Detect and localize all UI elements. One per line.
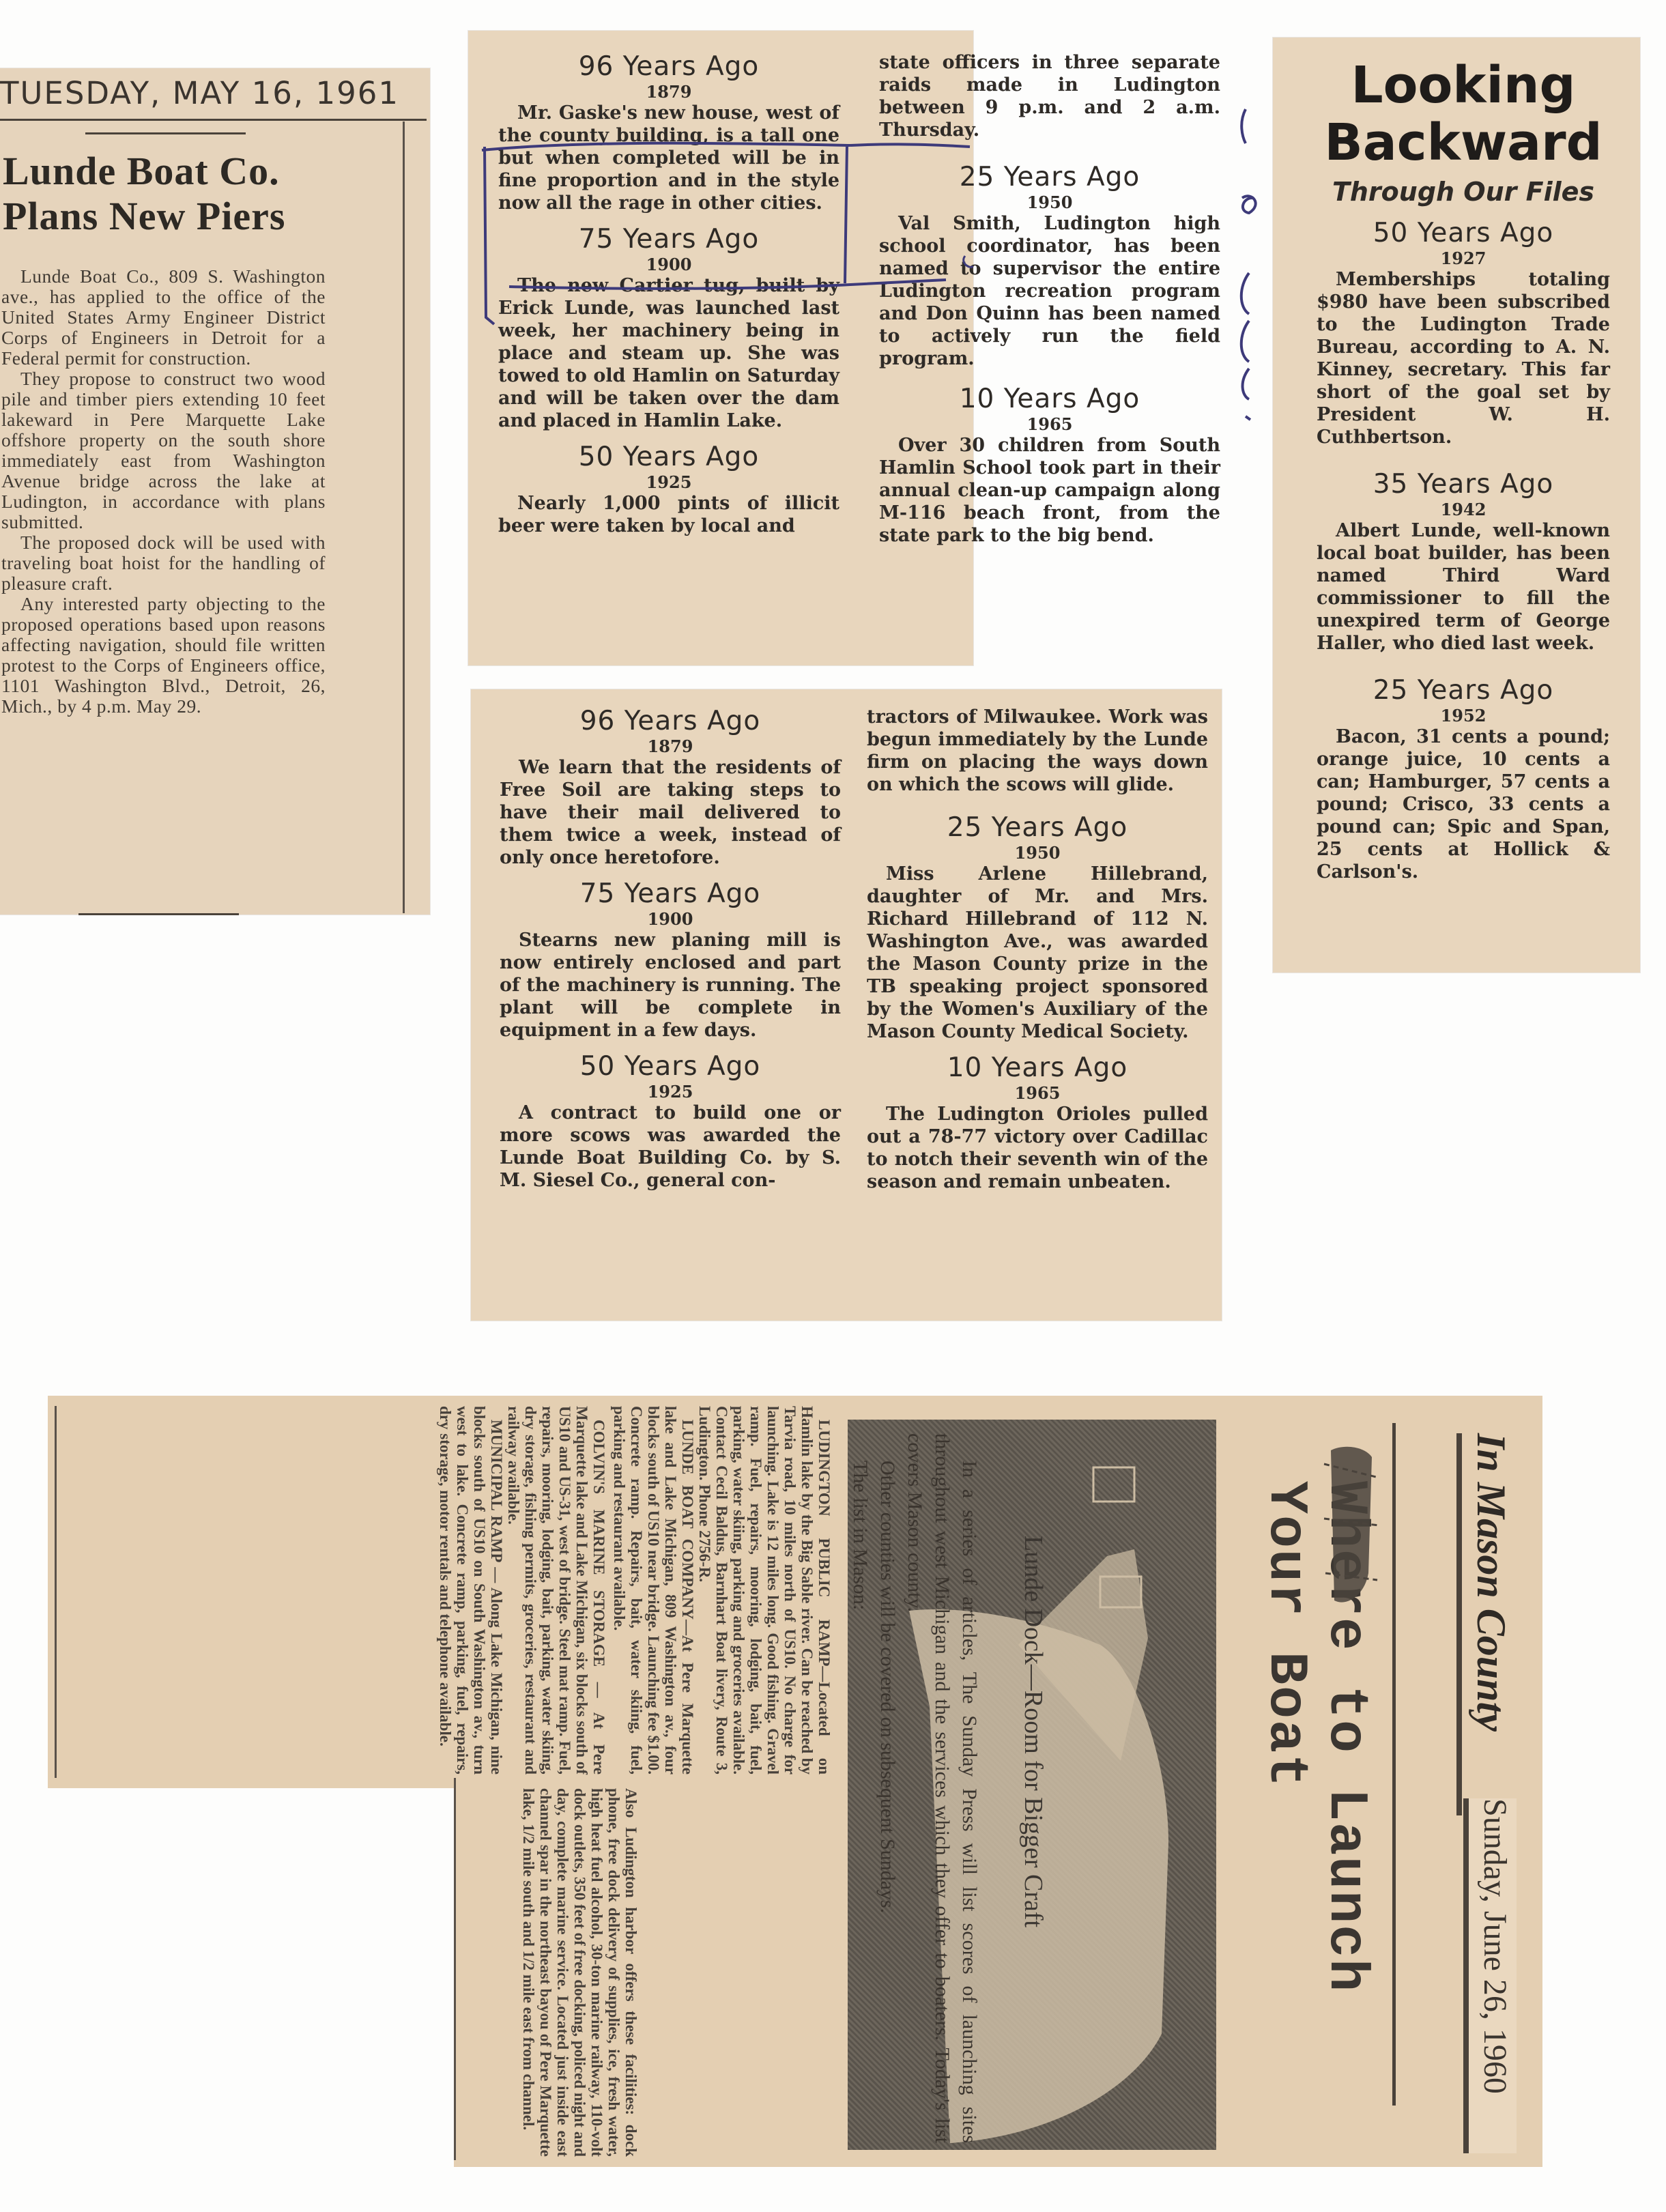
listing: LUNDE BOAT COMPANY—At Pere Marquette lak… [611,1406,696,1775]
item-text: A contract to build one or more scows wa… [500,1102,841,1192]
clipping-where-to-launch: In Mason County Sunday, June 26, 1960 Wh… [48,1396,1542,2167]
dateline: Sunday, June 26, 1960 [1463,1798,1517,2153]
item-year: 1900 [500,910,841,929]
column-rule [454,1778,456,2160]
listings-column-3: Also Ludington harbor offers these facil… [504,1788,655,2157]
item-heading: 35 Years Ago [1317,469,1610,500]
listing: LUDINGTON PUBLIC RAMP—Located on Hamlin … [696,1406,833,1775]
item-heading: 96 Years Ago [498,51,839,83]
item-text: Bacon, 31 cents a pound; orange juice, 1… [1317,726,1610,883]
item-text: Stearns new planing mill is now entirely… [500,929,841,1042]
history-item: 10 Years Ago 1965 The Ludington Orioles … [867,1052,1208,1193]
clipping-lunde-boat-piers: TUESDAY, MAY 16, 1961 Lunde Boat Co. Pla… [0,68,430,915]
item-heading: 50 Years Ago [498,442,839,473]
item-heading: 10 Years Ago [867,1052,1208,1084]
item-year: 1965 [879,415,1220,434]
paragraph: The list in Mason: [846,1433,874,2143]
history-item: 75 Years Ago 1900 Stearns new planing mi… [500,878,841,1042]
item-text: Nearly 1,000 pints of illicit beer were … [498,492,839,537]
item-year: 1942 [1317,500,1610,519]
kicker: In Mason County [1456,1433,1515,1815]
item-heading: 25 Years Ago [867,812,1208,844]
history-item: 75 Years Ago 1900 The new Cartier tug, b… [498,224,839,432]
item-year: 1927 [1317,249,1610,268]
boat-drawing-icon [1317,1437,1385,1628]
history-item: 50 Years Ago 1925 A contract to build on… [500,1051,841,1192]
listing: COLVIN'S MARINE STORAGE — At Pere Marque… [505,1406,607,1775]
history-item: 96 Years Ago 1879 We learn that the resi… [500,706,841,869]
history-item: 50 Years Ago 1927 Memberships totaling $… [1317,218,1610,448]
item-heading: 25 Years Ago [1317,675,1610,706]
column-rule [55,1406,57,1778]
clipping-years-ago-2: 96 Years Ago 1879 We learn that the resi… [471,689,1222,1321]
listings-column-1: LUDINGTON PUBLIC RAMP—Located on Hamlin … [611,1406,833,1775]
history-item: 35 Years Ago 1942 Albert Lunde, well-kno… [1317,469,1610,655]
paragraph: Other counties will be covered on subseq… [874,1433,901,2143]
continued-text: state officers in three separate raids m… [879,51,1220,141]
pen-scribble-annotation [1222,96,1276,478]
continued-text: tractors of Milwaukee. Work was begun im… [867,706,1208,796]
feature-title-line1: Looking [1317,57,1610,114]
item-year: 1900 [498,255,839,274]
paragraph: Any interested party objecting to the pr… [1,594,326,717]
item-year: 1965 [867,1084,1208,1103]
headline-rule [85,132,246,134]
column-right: state officers in three separate raids m… [879,51,1220,556]
listings-column-2: COLVIN'S MARINE STORAGE — At Pere Marque… [437,1406,607,1775]
item-year: 1925 [500,1082,841,1102]
item-heading: 96 Years Ago [500,706,841,737]
item-heading: 75 Years Ago [498,224,839,255]
item-year: 1950 [879,193,1220,212]
item-year: 1950 [867,844,1208,863]
item-year: 1879 [500,737,841,756]
paragraph: The proposed dock will be used with trav… [1,532,326,594]
item-text: Mr. Gaske's new house, west of the count… [498,102,839,214]
item-heading: 10 Years Ago [879,384,1220,415]
end-rule [78,913,239,915]
history-item: 25 Years Ago 1950 Val Smith, Ludington h… [879,162,1220,370]
clipping-looking-backward: Looking Backward Through Our Files 50 Ye… [1273,38,1640,973]
item-heading: 75 Years Ago [500,878,841,910]
column-left: 96 Years Ago 1879 Mr. Gaske's new house,… [498,51,839,547]
paragraph: They propose to construct two wood pile … [1,369,326,532]
headline: Lunde Boat Co. Plans New Piers [3,149,324,239]
history-item: 96 Years Ago 1879 Mr. Gaske's new house,… [498,51,839,214]
photo-caption: Lunde Dock—Room for Bigger Craft [1016,1536,1051,2082]
history-item: 50 Years Ago 1925 Nearly 1,000 pints of … [498,442,839,537]
item-text: The Ludington Orioles pulled out a 78-77… [867,1103,1208,1193]
listing: Also Ludington harbor offers these facil… [520,1788,640,2157]
listing: MUNICIPAL RAMP — Along Lake Michigan, ni… [437,1406,505,1775]
paragraph: Lunde Boat Co., 809 S. Washington ave., … [1,266,326,369]
column-left: 96 Years Ago 1879 We learn that the resi… [500,706,841,1201]
item-year: 1879 [498,83,839,102]
item-text: Val Smith, Ludington high school coordin… [879,212,1220,370]
feature-subtitle: Through Our Files [1317,171,1610,212]
item-year: 1925 [498,473,839,492]
item-text: We learn that the residents of Free Soil… [500,756,841,869]
dateline: TUESDAY, MAY 16, 1961 [0,68,427,121]
item-text: Memberships totaling $980 have been subs… [1317,268,1610,448]
column-right: tractors of Milwaukee. Work was begun im… [867,706,1208,1203]
item-heading: 50 Years Ago [1317,218,1610,249]
item-text: Over 30 children from South Hamlin Schoo… [879,434,1220,547]
feature-title-line2: Backward [1317,114,1610,171]
item-year: 1952 [1317,706,1610,726]
item-text: The new Cartier tug, built by Erick Lund… [498,274,839,432]
item-heading: 25 Years Ago [879,162,1220,193]
paragraph: In a series of articles, The Sunday Pres… [901,1433,983,2143]
item-text: Miss Arlene Hillebrand, daughter of Mr. … [867,863,1208,1043]
history-item: 25 Years Ago 1950 Miss Arlene Hillebrand… [867,812,1208,1043]
history-item: 25 Years Ago 1952 Bacon, 31 cents a poun… [1317,675,1610,883]
column: Looking Backward Through Our Files 50 Ye… [1317,57,1610,893]
item-text: Albert Lunde, well-known local boat buil… [1317,519,1610,655]
clipping-years-ago-1: 96 Years Ago 1879 Mr. Gaske's new house,… [468,31,973,665]
headline-rule [1392,1423,1396,2106]
intro-text: In a series of articles, The Sunday Pres… [846,1433,983,2143]
item-heading: 50 Years Ago [500,1051,841,1082]
article-body: Lunde Boat Co., 809 S. Washington ave., … [1,266,326,717]
history-item: 10 Years Ago 1965 Over 30 children from … [879,384,1220,547]
